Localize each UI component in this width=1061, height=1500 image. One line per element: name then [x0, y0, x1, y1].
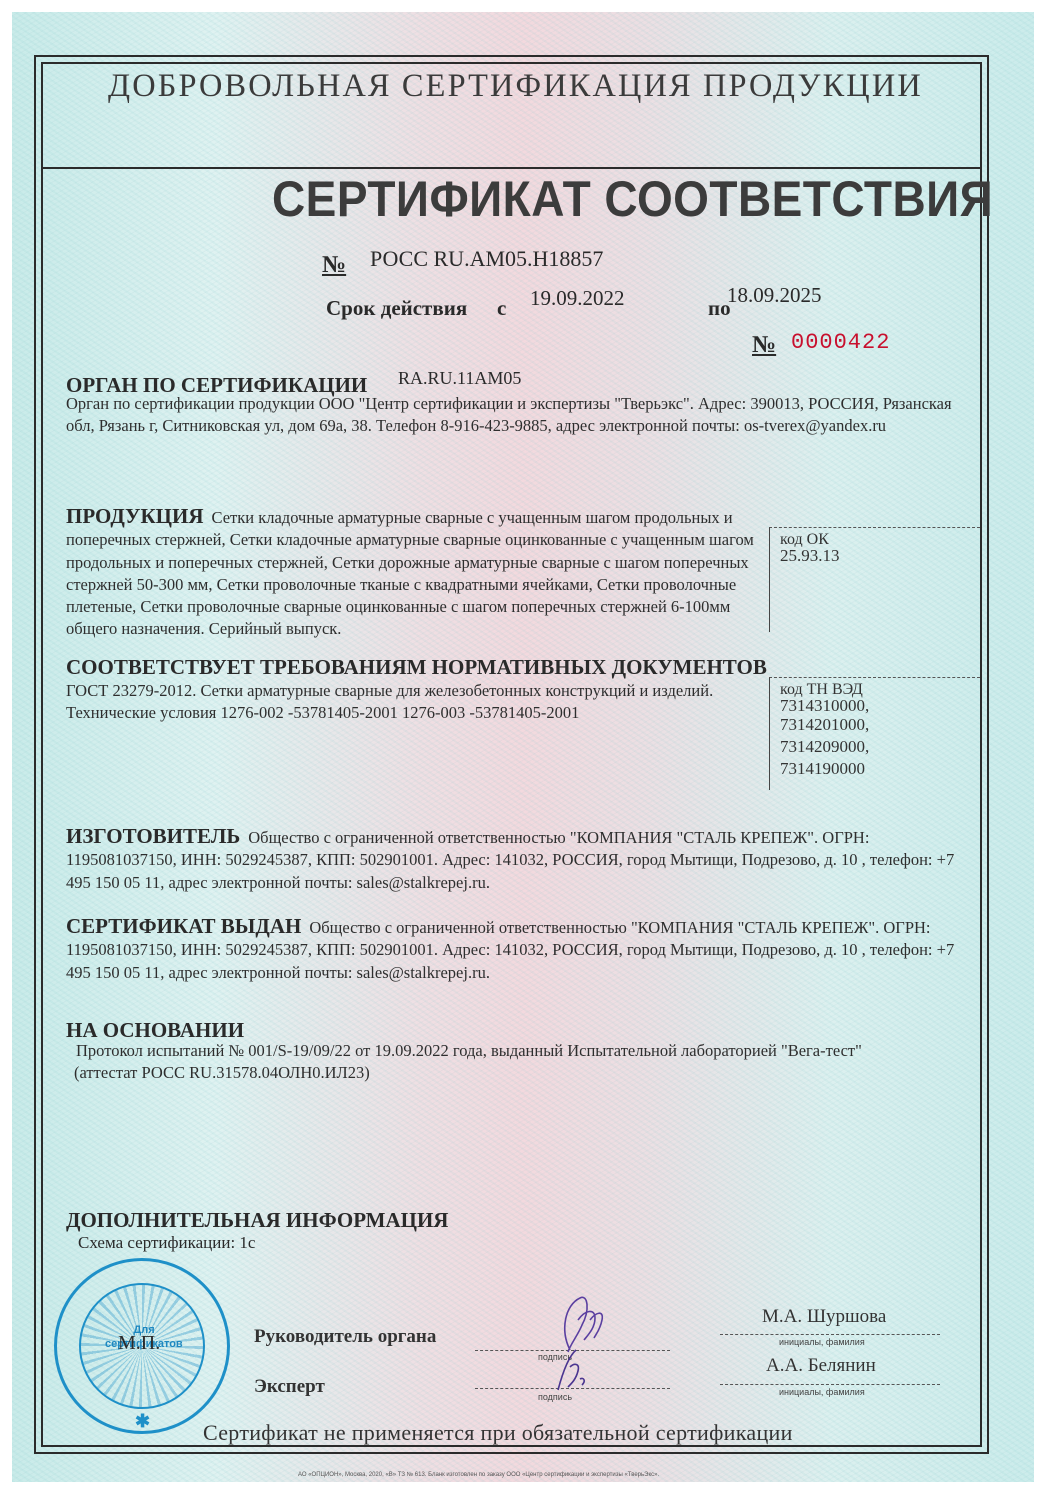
seal-place-label: М.П.: [118, 1332, 160, 1355]
okpd-code-box: код ОК 25.93.13: [769, 527, 980, 632]
expert-signature-icon: [548, 1345, 598, 1395]
tnved-code-1: 7314310000,: [780, 698, 980, 714]
registration-number: РОСС RU.АМ05.Н18857: [370, 246, 603, 272]
issued-to-heading: СЕРТИФИКАТ ВЫДАН: [66, 914, 301, 938]
voluntary-certification-title: ДОБРОВОЛЬНАЯ СЕРТИФИКАЦИЯ ПРОДУКЦИИ: [108, 68, 923, 105]
okpd-code-value: 25.93.13: [780, 548, 980, 564]
expert-name-caption: инициалы, фамилия: [779, 1387, 865, 1397]
manufacturer-heading: ИЗГОТОВИТЕЛЬ: [66, 824, 240, 848]
certification-scheme: Схема сертификации: 1с: [78, 1233, 255, 1253]
expert-name: А.А. Белянин: [766, 1355, 876, 1377]
tnved-code-4: 7314190000: [780, 758, 980, 780]
expert-label: Эксперт: [254, 1376, 325, 1398]
certification-body-code: RA.RU.11АМ05: [398, 368, 521, 389]
tnved-code-3: 7314209000,: [780, 736, 980, 758]
tnved-code-box: код ТН ВЭД 7314310000, 7314201000, 73142…: [769, 677, 980, 790]
certification-body-text: Орган по сертификации продукции ООО "Цен…: [66, 393, 956, 438]
conformity-text: ГОСТ 23279-2012. Сетки арматурные сварны…: [66, 680, 766, 725]
product-block: ПРОДУКЦИЯСетки кладочные арматурные свар…: [66, 505, 766, 641]
serial-number: 0000422: [791, 330, 890, 355]
head-name-caption: инициалы, фамилия: [779, 1337, 865, 1347]
tnved-code-2: 7314201000,: [780, 714, 980, 736]
expert-name-line: [720, 1384, 940, 1385]
basis-line-2: (аттестат РОСС RU.31578.04ОЛН0.ИЛ23): [74, 1062, 370, 1084]
print-info: АО «ОПЦИОН», Москва, 2020, «В» ТЗ № 613.…: [298, 1472, 659, 1478]
date-from: 19.09.2022: [530, 286, 625, 311]
validity-from-label: с: [497, 296, 506, 321]
manufacturer-block: ИЗГОТОВИТЕЛЬОбщество с ограниченной отве…: [66, 825, 966, 894]
product-heading: ПРОДУКЦИЯ: [66, 504, 204, 528]
disclaimer-text: Сертификат не применяется при обязательн…: [203, 1420, 793, 1446]
header-divider: [41, 167, 982, 169]
additional-info-heading: ДОПОЛНИТЕЛЬНАЯ ИНФОРМАЦИЯ: [66, 1208, 448, 1233]
date-to: 18.09.2025: [727, 283, 822, 308]
basis-line-1: Протокол испытаний № 001/S-19/09/22 от 1…: [76, 1040, 862, 1062]
serial-sign: №: [752, 332, 776, 359]
head-name: М.А. Шуршова: [762, 1306, 886, 1328]
head-name-line: [720, 1334, 940, 1335]
conformity-heading: СООТВЕТСТВУЕТ ТРЕБОВАНИЯМ НОРМАТИВНЫХ ДО…: [66, 655, 767, 680]
head-of-body-label: Руководитель органа: [254, 1326, 436, 1348]
seal-star-icon: ✱: [135, 1411, 150, 1432]
number-sign: №: [322, 252, 346, 279]
certificate-title: СЕРТИФИКАТ СООТВЕТСТВИЯ: [272, 170, 993, 228]
validity-label: Срок действия: [326, 296, 467, 321]
issued-to-block: СЕРТИФИКАТ ВЫДАНОбщество с ограниченной …: [66, 915, 966, 984]
